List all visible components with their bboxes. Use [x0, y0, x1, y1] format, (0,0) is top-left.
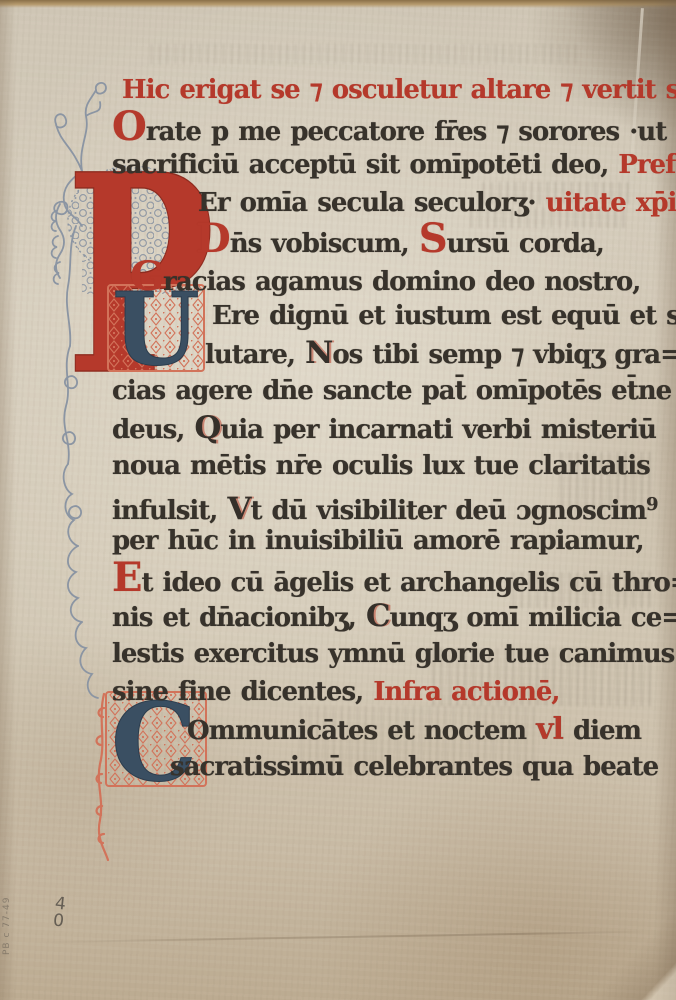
text-line-3: sacrificiū acceptū sit omīpotēti deo, Pr…: [112, 147, 632, 185]
body-text: n̄s vobiscum,: [230, 229, 419, 259]
body-text: os tibi semp ⁊ vbiqʒ gra=: [332, 340, 676, 370]
text-line-10: deus, Quia per incarnati verbi misteriū: [112, 410, 632, 448]
body-text: sacratissimū celebrantes qua beate: [170, 752, 658, 782]
body-text: t ideo cū āgelis et archangelis cū thro=: [142, 568, 676, 598]
rubric-text: uitate xp̄i,: [546, 188, 676, 218]
text-line-4: Er omīa secula seculorʒ· uitate xp̄i,: [198, 185, 632, 223]
text-line-11: noua mētis nr̄e oculis lux tue claritati…: [112, 448, 632, 486]
body-text: uia per incarnati verbi misteriū: [220, 415, 656, 445]
text-line-7: Ere dignū et iustum est equū et sa=: [212, 298, 632, 336]
text-line-19: sacratissimū celebrantes qua beate: [170, 749, 632, 787]
rubric-text: Infra actionē,: [373, 677, 559, 707]
text-line-5: Dn̄s vobiscum, Sursū corda,: [196, 222, 632, 260]
body-text: ursū corda,: [447, 229, 604, 259]
body-text: Er omīa secula seculorʒ·: [198, 188, 546, 218]
text-line-12: infulsit, Vt dū visibiliter deū ɔgnoscim…: [112, 486, 632, 524]
lombard-initial: S: [419, 215, 447, 262]
rubric-text: vl: [536, 712, 563, 747]
body-text: C: [366, 598, 390, 634]
body-text: 9: [646, 494, 658, 515]
text-block: Hic erigat se ⁊ osculetur altare ⁊ verti…: [112, 72, 632, 786]
body-text: nis et dn̄acionibʒ,: [112, 603, 366, 633]
body-text: racias agamus domino deo nostro,: [163, 267, 640, 297]
body-text: sine fine dicentes,: [112, 677, 373, 707]
text-line-8: lutare, Nos tibi semp ⁊ vbiqʒ gra=: [205, 335, 632, 373]
body-text: infulsit,: [112, 496, 227, 526]
text-line-14: Et ideo cū āgelis et archangelis cū thro…: [112, 561, 632, 599]
text-line-17: sine fine dicentes, Infra actionē,: [112, 674, 632, 712]
body-text: per hūc in inuisibiliū amorē rapiamur,: [112, 526, 644, 556]
text-line-6: Gracias agamus domino deo nostro,: [130, 260, 632, 298]
text-line-13: per hūc in inuisibiliū amorē rapiamur,: [112, 523, 632, 561]
left-edge-shading: [0, 0, 16, 1000]
body-text: diem: [563, 716, 641, 746]
body-text: cias agere dn̄e sancte pat̄ omīpotēs et̄…: [112, 376, 671, 406]
body-text: N: [305, 335, 332, 371]
text-line-9: cias agere dn̄e sancte pat̄ omīpotēs et̄…: [112, 373, 632, 411]
lombard-initial: O: [112, 103, 146, 150]
body-text: sacrificiū acceptū sit omīpotēti deo,: [112, 150, 618, 180]
body-text: V: [227, 491, 250, 527]
body-text: Ere dignū et iustum est equū et sa=: [212, 301, 676, 331]
bottom-corner-fold: [526, 890, 676, 1000]
body-text: t dū visibiliter deū ɔgnoscim: [250, 496, 646, 526]
body-text: lestis exercitus ymnū glorie tue canimus: [112, 639, 674, 669]
body-text: unqʒ omī milicia ce=: [390, 603, 676, 633]
text-line-1: Hic erigat se ⁊ osculetur altare ⁊ verti…: [122, 72, 632, 110]
bleedthrough-patch: [150, 44, 580, 64]
pencil-shelfmark: PB c 77-49: [2, 897, 12, 955]
lombard-initial: E: [112, 554, 142, 601]
lombard-initial: D: [196, 215, 230, 262]
body-text: rate p me peccatore fr̄es ⁊ sorores ·ut …: [146, 117, 676, 147]
rubric-text: Hic erigat se ⁊ osculetur altare ⁊ verti…: [122, 75, 676, 105]
parchment-leaf: P U C Hic erigat se ⁊ osculetur altare ⁊…: [0, 0, 676, 1000]
body-text: Q: [194, 410, 220, 446]
text-line-15: nis et dn̄acionibʒ, Cunqʒ omī milicia ce…: [112, 598, 632, 636]
text-line-18: Ommunicātes et noctem vl diem: [187, 711, 632, 749]
body-text: deus,: [112, 415, 194, 445]
lombard-initial: G: [130, 253, 163, 300]
pencil-folio-number: 4 0: [52, 896, 66, 931]
text-line-16: lestis exercitus ymnū glorie tue canimus: [112, 636, 632, 674]
body-text: Ommunicātes et noctem: [187, 716, 536, 746]
body-text: lutare,: [205, 340, 305, 370]
rubric-text: Prefacio in nati=: [618, 150, 676, 180]
text-line-2: Orate p me peccatore fr̄es ⁊ sorores ·ut…: [112, 110, 632, 148]
body-text: noua mētis nr̄e oculis lux tue claritati…: [112, 451, 650, 481]
